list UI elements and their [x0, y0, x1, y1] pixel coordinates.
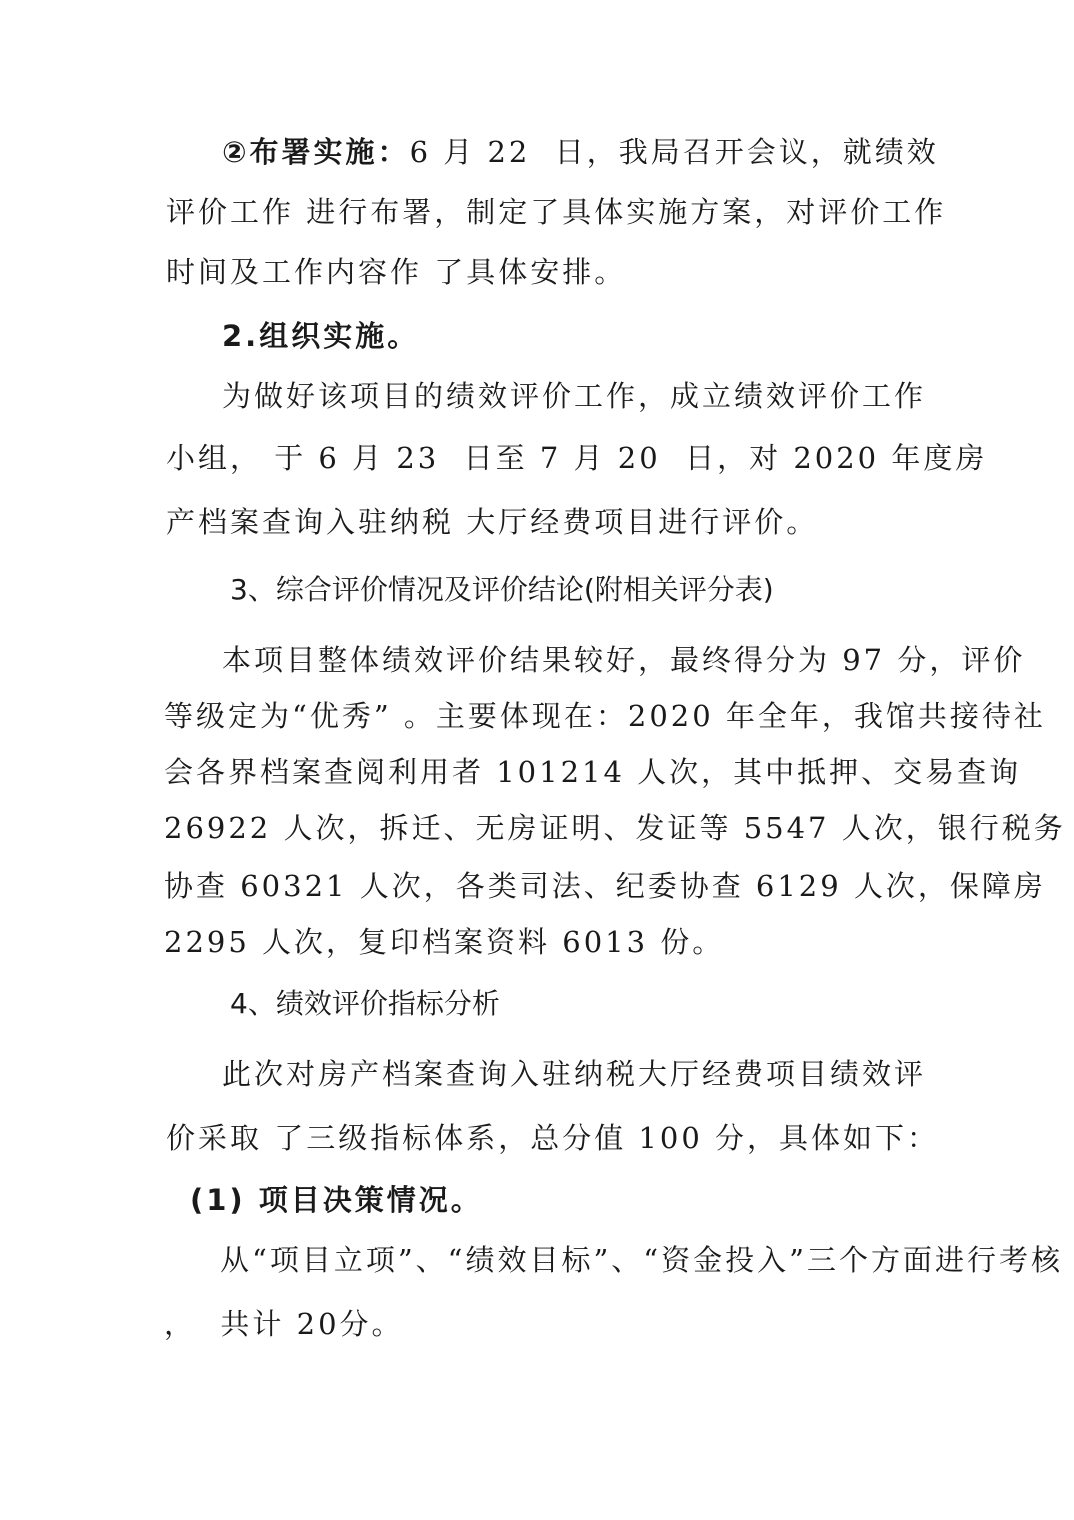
section-3-line-1: 本项目整体绩效评价结果较好，最终得分为 97 分，评价 — [222, 642, 1025, 678]
section-3-line-6: 2295 人次，复印档案资料 6013 份。 — [164, 924, 724, 960]
deploy-paragraph-line-3: 时间及工作内容作 了具体安排。 — [166, 254, 626, 290]
section-3-line-5: 协查 60321 人次，各类司法、纪委协查 6129 人次，保障房 — [164, 868, 1046, 904]
subsection-1-line-2: ， 共计 20分。 — [164, 1306, 404, 1342]
subsection-1-heading: (1) 项目决策情况。 — [190, 1182, 483, 1218]
deploy-paragraph-line-2: 评价工作 进行布署，制定了具体实施方案，对评价工作 — [166, 194, 946, 230]
deploy-label: ②布署实施： — [222, 135, 410, 169]
section-3-heading: 3、综合评价情况及评价结论(附相关评分表) — [230, 572, 774, 608]
section-2-heading: 2.组织实施。 — [222, 318, 419, 354]
section-4-line-2: 价采取 了三级指标体系，总分值 100 分，具体如下： — [166, 1120, 939, 1156]
document-page: ②布署实施：6 月 22 日，我局召开会议，就绩效 评价工作 进行布署，制定了具… — [0, 0, 1074, 1520]
subsection-1-line-1: 从“项目立项”、“绩效目标”、“资金投入”三个方面进行考核 — [220, 1242, 1063, 1278]
deploy-paragraph-line-1: ②布署实施：6 月 22 日，我局召开会议，就绩效 — [222, 134, 939, 170]
section-2-line-3: 产档案查询入驻纳税 大厅经费项目进行评价。 — [166, 504, 818, 540]
section-4-line-1: 此次对房产档案查询入驻纳税大厅经费项目绩效评 — [222, 1056, 926, 1092]
section-2-line-2: 小组， 于 6 月 23 日至 7 月 20 日，对 2020 年度房 — [166, 440, 987, 476]
section-3-line-2: 等级定为“优秀” 。主要体现在：2020 年全年，我馆共接待社 — [164, 698, 1046, 734]
section-3-line-3: 会各界档案查阅利用者 101214 人次，其中抵押、交易查询 — [164, 754, 1021, 790]
section-4-heading: 4、绩效评价指标分析 — [230, 986, 500, 1022]
section-2-line-1: 为做好该项目的绩效评价工作，成立绩效评价工作 — [222, 378, 926, 414]
section-3-line-4: 26922 人次，拆迁、无房证明、发证等 5547 人次，银行税务 — [164, 810, 1066, 846]
